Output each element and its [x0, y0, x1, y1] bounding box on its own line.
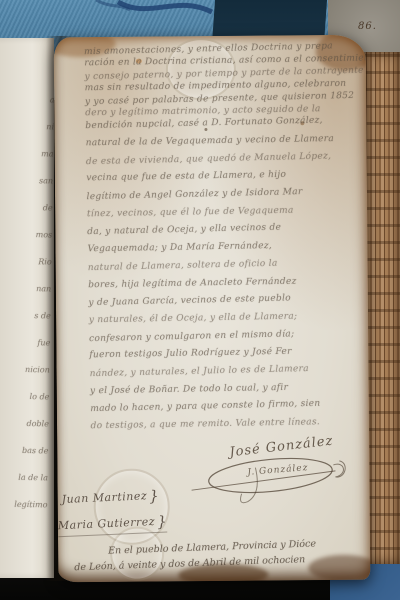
witness-name: Juan Martinez [61, 489, 147, 506]
signature-block: José González J. González [185, 437, 356, 523]
brace-mark: } [155, 513, 168, 532]
facing-page-fragment: legítimo [0, 491, 48, 519]
facing-page-fragment: nan [3, 275, 51, 303]
manuscript-page: mis amonestaciones, y entre ellos Doctri… [54, 35, 371, 583]
facing-page-fragment: fue [2, 329, 50, 357]
facing-page-fragment: nicion [2, 356, 50, 384]
brace-mark: } [147, 487, 160, 506]
photo-of-manuscript-book: animasandemosRionans defuenicionlo dedob… [0, 0, 400, 600]
burnt-edge-bottom [308, 555, 370, 582]
facing-page-fragment: bas de [0, 437, 48, 465]
facing-page-fragment: s de [3, 302, 51, 330]
facing-page-fragment: lo de [1, 383, 49, 411]
page-number: 86. [358, 21, 377, 32]
manuscript-body-text: mis amonestaciones, y entre ellos Doctri… [84, 42, 367, 439]
facing-page-fragment: doble [1, 410, 49, 438]
facing-page-fragment: Rio [3, 248, 51, 276]
facing-page-fragment: la de la [0, 464, 48, 492]
witness-name: Maria Gutierrez [58, 515, 156, 532]
cloth-pattern-squiggle [0, 0, 400, 30]
